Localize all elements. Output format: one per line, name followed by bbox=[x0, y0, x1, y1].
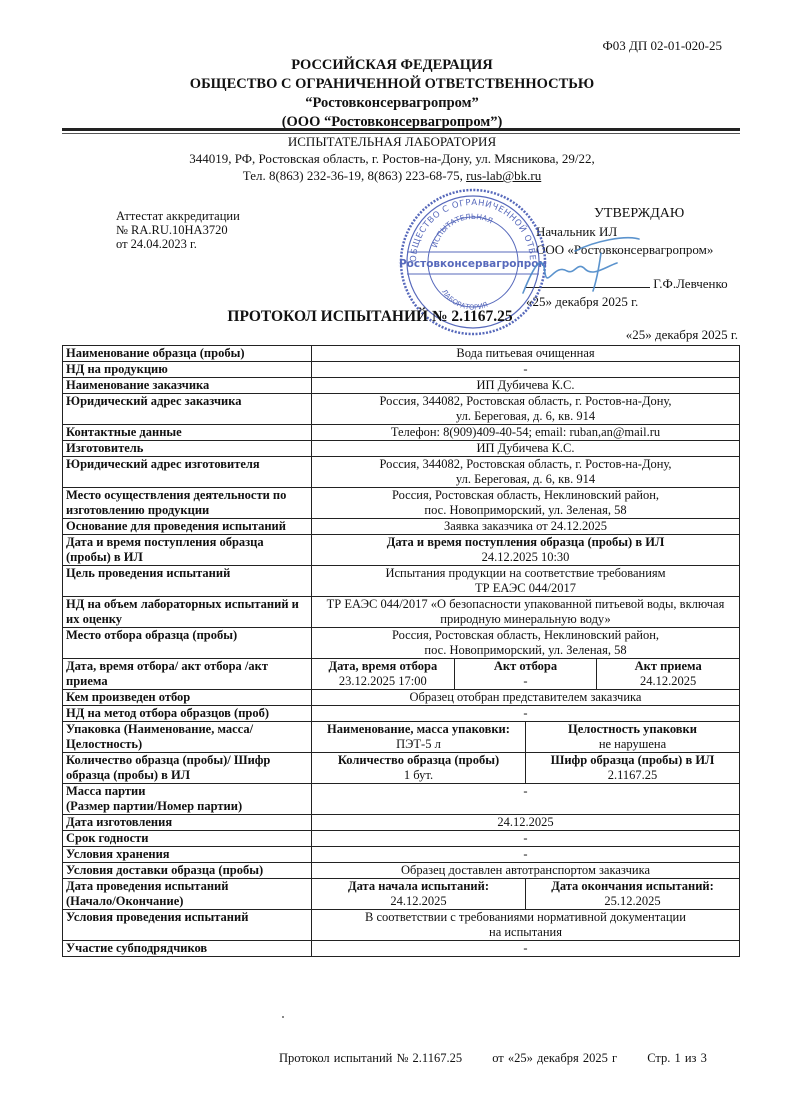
row-value: - bbox=[312, 362, 740, 378]
value-line: ИП Дубичева К.С. bbox=[315, 441, 736, 456]
row-label-line: Дата проведения испытаний bbox=[66, 879, 308, 894]
row-label: Место осуществления деятельности по изго… bbox=[63, 488, 312, 519]
table-row: Условия хранения- bbox=[63, 847, 740, 863]
value-line: ТР ЕАЭС 044/2017 bbox=[315, 581, 736, 596]
lab-block: ИСПЫТАТЕЛЬНАЯ ЛАБОРАТОРИЯ 344019, РФ, Ро… bbox=[0, 133, 792, 184]
row-label-line: (Начало/Окончание) bbox=[66, 894, 308, 909]
table-row: Масса партии(Размер партии/Номер партии)… bbox=[63, 784, 740, 815]
value-line: Заявка заказчика от 24.12.2025 bbox=[315, 519, 736, 534]
sub-cell: Количество образца (пробы)1 бут. bbox=[312, 753, 525, 783]
row-label: НД на метод отбора образцов (проб) bbox=[63, 706, 312, 722]
table-row: Кем произведен отборОбразец отобран пред… bbox=[63, 690, 740, 706]
sub-cell-heading: Дата, время отбора bbox=[312, 659, 454, 674]
row-label: Дата, время отбора/ акт отбора /акт прие… bbox=[63, 659, 312, 690]
sub-cell-heading: Наименование, масса упаковки: bbox=[312, 722, 525, 737]
table-row: Дата проведения испытаний(Начало/Окончан… bbox=[63, 879, 740, 910]
row-value: - bbox=[312, 784, 740, 815]
sub-cell-heading: Дата окончания испытаний: bbox=[526, 879, 739, 894]
table-row: НД на продукцию- bbox=[63, 362, 740, 378]
header-divider bbox=[62, 128, 740, 131]
row-value: Телефон: 8(909)409-40-54; email: ruban,a… bbox=[312, 425, 740, 441]
page-footer: Протокол испытаний № 2.1167.25 от «25» д… bbox=[279, 1051, 733, 1066]
protocol-title: ПРОТОКОЛ ИСПЫТАНИЙ № 2.1167.25 bbox=[0, 308, 770, 326]
sub-cell: Дата начала испытаний:24.12.2025 bbox=[312, 879, 525, 909]
row-label: Условия доставки образца (пробы) bbox=[63, 863, 312, 879]
footer-page: Стр. 1 из 3 bbox=[647, 1051, 707, 1065]
row-label: Цель проведения испытаний bbox=[63, 566, 312, 597]
sub-cell: Акт приема24.12.2025 bbox=[596, 659, 739, 689]
row-value: Россия, Ростовская область, Неклиновский… bbox=[312, 488, 740, 519]
value-line: на испытания bbox=[315, 925, 736, 940]
sub-cell: Дата окончания испытаний:25.12.2025 bbox=[525, 879, 739, 909]
value-line: ИП Дубичева К.С. bbox=[315, 378, 736, 393]
org-line: “Ростовконсервагропром” bbox=[0, 94, 792, 113]
row-label: Условия хранения bbox=[63, 847, 312, 863]
sample-info-table: Наименование образца (пробы)Вода питьева… bbox=[62, 345, 740, 957]
value-line: Испытания продукции на соответствие треб… bbox=[315, 566, 736, 581]
row-value: Образец доставлен автотранспортом заказч… bbox=[312, 863, 740, 879]
sub-cell: Наименование, масса упаковки:ПЭТ-5 л bbox=[312, 722, 525, 752]
row-label: Количество образца (пробы)/ Шифр образца… bbox=[63, 753, 312, 784]
row-label: Наименование заказчика bbox=[63, 378, 312, 394]
sub-cell-value: 24.12.2025 bbox=[597, 674, 739, 689]
sub-cell-value: - bbox=[455, 674, 597, 689]
sub-cell-value: 25.12.2025 bbox=[526, 894, 739, 909]
row-value: Испытания продукции на соответствие треб… bbox=[312, 566, 740, 597]
table-row: Основание для проведения испытанийЗаявка… bbox=[63, 519, 740, 535]
table-row: Место осуществления деятельности по изго… bbox=[63, 488, 740, 519]
value-line: пос. Новоприморский, ул. Зеленая, 58 bbox=[315, 643, 736, 658]
row-label: Юридический адрес изготовителя bbox=[63, 457, 312, 488]
lab-address: 344019, РФ, Ростовская область, г. Росто… bbox=[0, 150, 792, 167]
row-label: Участие субподрядчиков bbox=[63, 941, 312, 957]
org-line: РОССИЙСКАЯ ФЕДЕРАЦИЯ bbox=[0, 56, 792, 75]
approval-signer: Г.Ф.Левченко bbox=[653, 276, 727, 291]
row-label-line: (Размер партии/Номер партии) bbox=[66, 799, 308, 814]
value-line: Образец отобран представителем заказчика bbox=[315, 690, 736, 705]
row-value: Дата начала испытаний:24.12.2025Дата око… bbox=[312, 879, 740, 910]
row-label-line: Масса партии bbox=[66, 784, 308, 799]
row-value: - bbox=[312, 706, 740, 722]
sub-cell-heading: Целостность упаковки bbox=[526, 722, 739, 737]
sub-cell-value: 1 бут. bbox=[312, 768, 525, 783]
value-line: ул. Береговая, д. 6, кв. 914 bbox=[315, 409, 736, 424]
lab-phones: Тел. 8(863) 232-36-19, 8(863) 223-68-75, bbox=[243, 168, 466, 183]
value-line: Россия, Ростовская область, Неклиновский… bbox=[315, 488, 736, 503]
row-value: Количество образца (пробы)1 бут.Шифр обр… bbox=[312, 753, 740, 784]
table-row: Юридический адрес изготовителяРоссия, 34… bbox=[63, 457, 740, 488]
row-value: Россия, 344082, Ростовская область, г. Р… bbox=[312, 457, 740, 488]
sub-cell: Акт отбора- bbox=[454, 659, 597, 689]
table-row: Цель проведения испытанийИспытания проду… bbox=[63, 566, 740, 597]
value-line: 24.12.2025 10:30 bbox=[315, 550, 736, 565]
row-value: Россия, Ростовская область, Неклиновский… bbox=[312, 628, 740, 659]
table-row: НД на объем лабораторных испытаний и их … bbox=[63, 597, 740, 628]
row-value: Россия, 344082, Ростовская область, г. Р… bbox=[312, 394, 740, 425]
value-line: Россия, 344082, Ростовская область, г. Р… bbox=[315, 394, 736, 409]
value-line: - bbox=[315, 847, 736, 862]
table-row: Дата и время поступления образца (пробы)… bbox=[63, 535, 740, 566]
value-line: 24.12.2025 bbox=[315, 815, 736, 830]
row-value: - bbox=[312, 941, 740, 957]
sub-cell-value: 2.1167.25 bbox=[526, 768, 739, 783]
row-label: Место отбора образца (пробы) bbox=[63, 628, 312, 659]
sub-cell: Дата, время отбора23.12.2025 17:00 bbox=[312, 659, 454, 689]
sub-cell-heading: Акт приема bbox=[597, 659, 739, 674]
row-value: Вода питьевая очищенная bbox=[312, 346, 740, 362]
protocol-date: «25» декабря 2025 г. bbox=[626, 327, 738, 343]
row-value: Заявка заказчика от 24.12.2025 bbox=[312, 519, 740, 535]
table-row: ИзготовительИП Дубичева К.С. bbox=[63, 441, 740, 457]
row-label: Юридический адрес заказчика bbox=[63, 394, 312, 425]
row-value: ТР ЕАЭС 044/2017 «О безопасности упакова… bbox=[312, 597, 740, 628]
organization-header: РОССИЙСКАЯ ФЕДЕРАЦИЯ ОБЩЕСТВО С ОГРАНИЧЕ… bbox=[0, 56, 792, 132]
row-label: Упаковка (Наименование, масса/Целостност… bbox=[63, 722, 312, 753]
value-line: - bbox=[315, 941, 736, 956]
value-line: - bbox=[315, 831, 736, 846]
accreditation-date: от 24.04.2023 г. bbox=[116, 237, 240, 251]
row-label: НД на объем лабораторных испытаний и их … bbox=[63, 597, 312, 628]
row-value: В соответствии с требованиями нормативно… bbox=[312, 910, 740, 941]
table-row: Участие субподрядчиков- bbox=[63, 941, 740, 957]
value-line: Россия, Ростовская область, Неклиновский… bbox=[315, 628, 736, 643]
sub-cell-value: 24.12.2025 bbox=[312, 894, 525, 909]
scan-speck bbox=[282, 1016, 284, 1018]
accreditation-number: № RA.RU.10НА3720 bbox=[116, 223, 240, 237]
table-row: НД на метод отбора образцов (проб)- bbox=[63, 706, 740, 722]
footer-protocol: Протокол испытаний № 2.1167.25 bbox=[279, 1051, 462, 1065]
value-line: ул. Береговая, д. 6, кв. 914 bbox=[315, 472, 736, 487]
row-value: 24.12.2025 bbox=[312, 815, 740, 831]
value-line: Образец доставлен автотранспортом заказч… bbox=[315, 863, 736, 878]
table-row: Наименование заказчикаИП Дубичева К.С. bbox=[63, 378, 740, 394]
row-label: Дата проведения испытаний(Начало/Окончан… bbox=[63, 879, 312, 910]
table-row: Контактные данныеТелефон: 8(909)409-40-5… bbox=[63, 425, 740, 441]
org-line: ОБЩЕСТВО С ОГРАНИЧЕННОЙ ОТВЕТСТВЕННОСТЬЮ bbox=[0, 75, 792, 94]
sub-cell-value: не нарушена bbox=[526, 737, 739, 752]
signature-icon bbox=[515, 233, 645, 303]
row-value: ИП Дубичева К.С. bbox=[312, 378, 740, 394]
value-heading: Дата и время поступления образца (пробы)… bbox=[315, 535, 736, 550]
row-value: Образец отобран представителем заказчика bbox=[312, 690, 740, 706]
sub-cell-heading: Дата начала испытаний: bbox=[312, 879, 525, 894]
row-label: Масса партии(Размер партии/Номер партии) bbox=[63, 784, 312, 815]
value-line: Вода питьевая очищенная bbox=[315, 346, 736, 361]
sub-cell-value: ПЭТ-5 л bbox=[312, 737, 525, 752]
row-value: Дата, время отбора23.12.2025 17:00Акт от… bbox=[312, 659, 740, 690]
row-value: Дата и время поступления образца (пробы)… bbox=[312, 535, 740, 566]
row-value: Наименование, масса упаковки:ПЭТ-5 лЦело… bbox=[312, 722, 740, 753]
sub-cell-heading: Акт отбора bbox=[455, 659, 597, 674]
sub-cell: Шифр образца (пробы) в ИЛ2.1167.25 bbox=[525, 753, 739, 783]
row-value: - bbox=[312, 847, 740, 863]
row-label: Срок годности bbox=[63, 831, 312, 847]
lab-email-link[interactable]: rus-lab@bk.ru bbox=[466, 168, 541, 183]
value-line: В соответствии с требованиями нормативно… bbox=[315, 910, 736, 925]
table-row: Дата изготовления24.12.2025 bbox=[63, 815, 740, 831]
value-line: Россия, 344082, Ростовская область, г. Р… bbox=[315, 457, 736, 472]
row-label: НД на продукцию bbox=[63, 362, 312, 378]
sub-cell: Целостность упаковкине нарушена bbox=[525, 722, 739, 752]
table-row: Дата, время отбора/ акт отбора /акт прие… bbox=[63, 659, 740, 690]
lab-name: ИСПЫТАТЕЛЬНАЯ ЛАБОРАТОРИЯ bbox=[0, 133, 792, 150]
accreditation-block: Аттестат аккредитации № RA.RU.10НА3720 о… bbox=[116, 209, 240, 251]
table-row: Юридический адрес заказчикаРоссия, 34408… bbox=[63, 394, 740, 425]
form-code: Ф03 ДП 02-01-020-25 bbox=[602, 38, 722, 54]
sub-cell-heading: Количество образца (пробы) bbox=[312, 753, 525, 768]
value-line: ТР ЕАЭС 044/2017 «О безопасности упакова… bbox=[315, 597, 736, 612]
value-line: - bbox=[315, 362, 736, 377]
row-label: Изготовитель bbox=[63, 441, 312, 457]
row-label: Условия проведения испытаний bbox=[63, 910, 312, 941]
row-label: Кем произведен отбор bbox=[63, 690, 312, 706]
footer-date: от «25» декабря 2025 г bbox=[492, 1051, 617, 1065]
row-label: Дата и время поступления образца (пробы)… bbox=[63, 535, 312, 566]
lab-contacts: Тел. 8(863) 232-36-19, 8(863) 223-68-75,… bbox=[0, 167, 792, 184]
value-line: природную минеральную воду» bbox=[315, 612, 736, 627]
table-row: Упаковка (Наименование, масса/Целостност… bbox=[63, 722, 740, 753]
value-line: - bbox=[315, 706, 736, 721]
table-row: Место отбора образца (пробы)Россия, Рост… bbox=[63, 628, 740, 659]
row-label: Дата изготовления bbox=[63, 815, 312, 831]
table-row: Срок годности- bbox=[63, 831, 740, 847]
value-line: Телефон: 8(909)409-40-54; email: ruban,a… bbox=[315, 425, 736, 440]
accreditation-title: Аттестат аккредитации bbox=[116, 209, 240, 223]
value-line: пос. Новоприморский, ул. Зеленая, 58 bbox=[315, 503, 736, 518]
row-label: Контактные данные bbox=[63, 425, 312, 441]
row-value: - bbox=[312, 831, 740, 847]
row-value: ИП Дубичева К.С. bbox=[312, 441, 740, 457]
table-row: Количество образца (пробы)/ Шифр образца… bbox=[63, 753, 740, 784]
table-row: Условия доставки образца (пробы)Образец … bbox=[63, 863, 740, 879]
sub-cell-value: 23.12.2025 17:00 bbox=[312, 674, 454, 689]
table-row: Наименование образца (пробы)Вода питьева… bbox=[63, 346, 740, 362]
sub-cell-heading: Шифр образца (пробы) в ИЛ bbox=[526, 753, 739, 768]
row-label: Наименование образца (пробы) bbox=[63, 346, 312, 362]
table-row: Условия проведения испытанийВ соответств… bbox=[63, 910, 740, 941]
value-line: - bbox=[315, 784, 736, 799]
row-label: Основание для проведения испытаний bbox=[63, 519, 312, 535]
